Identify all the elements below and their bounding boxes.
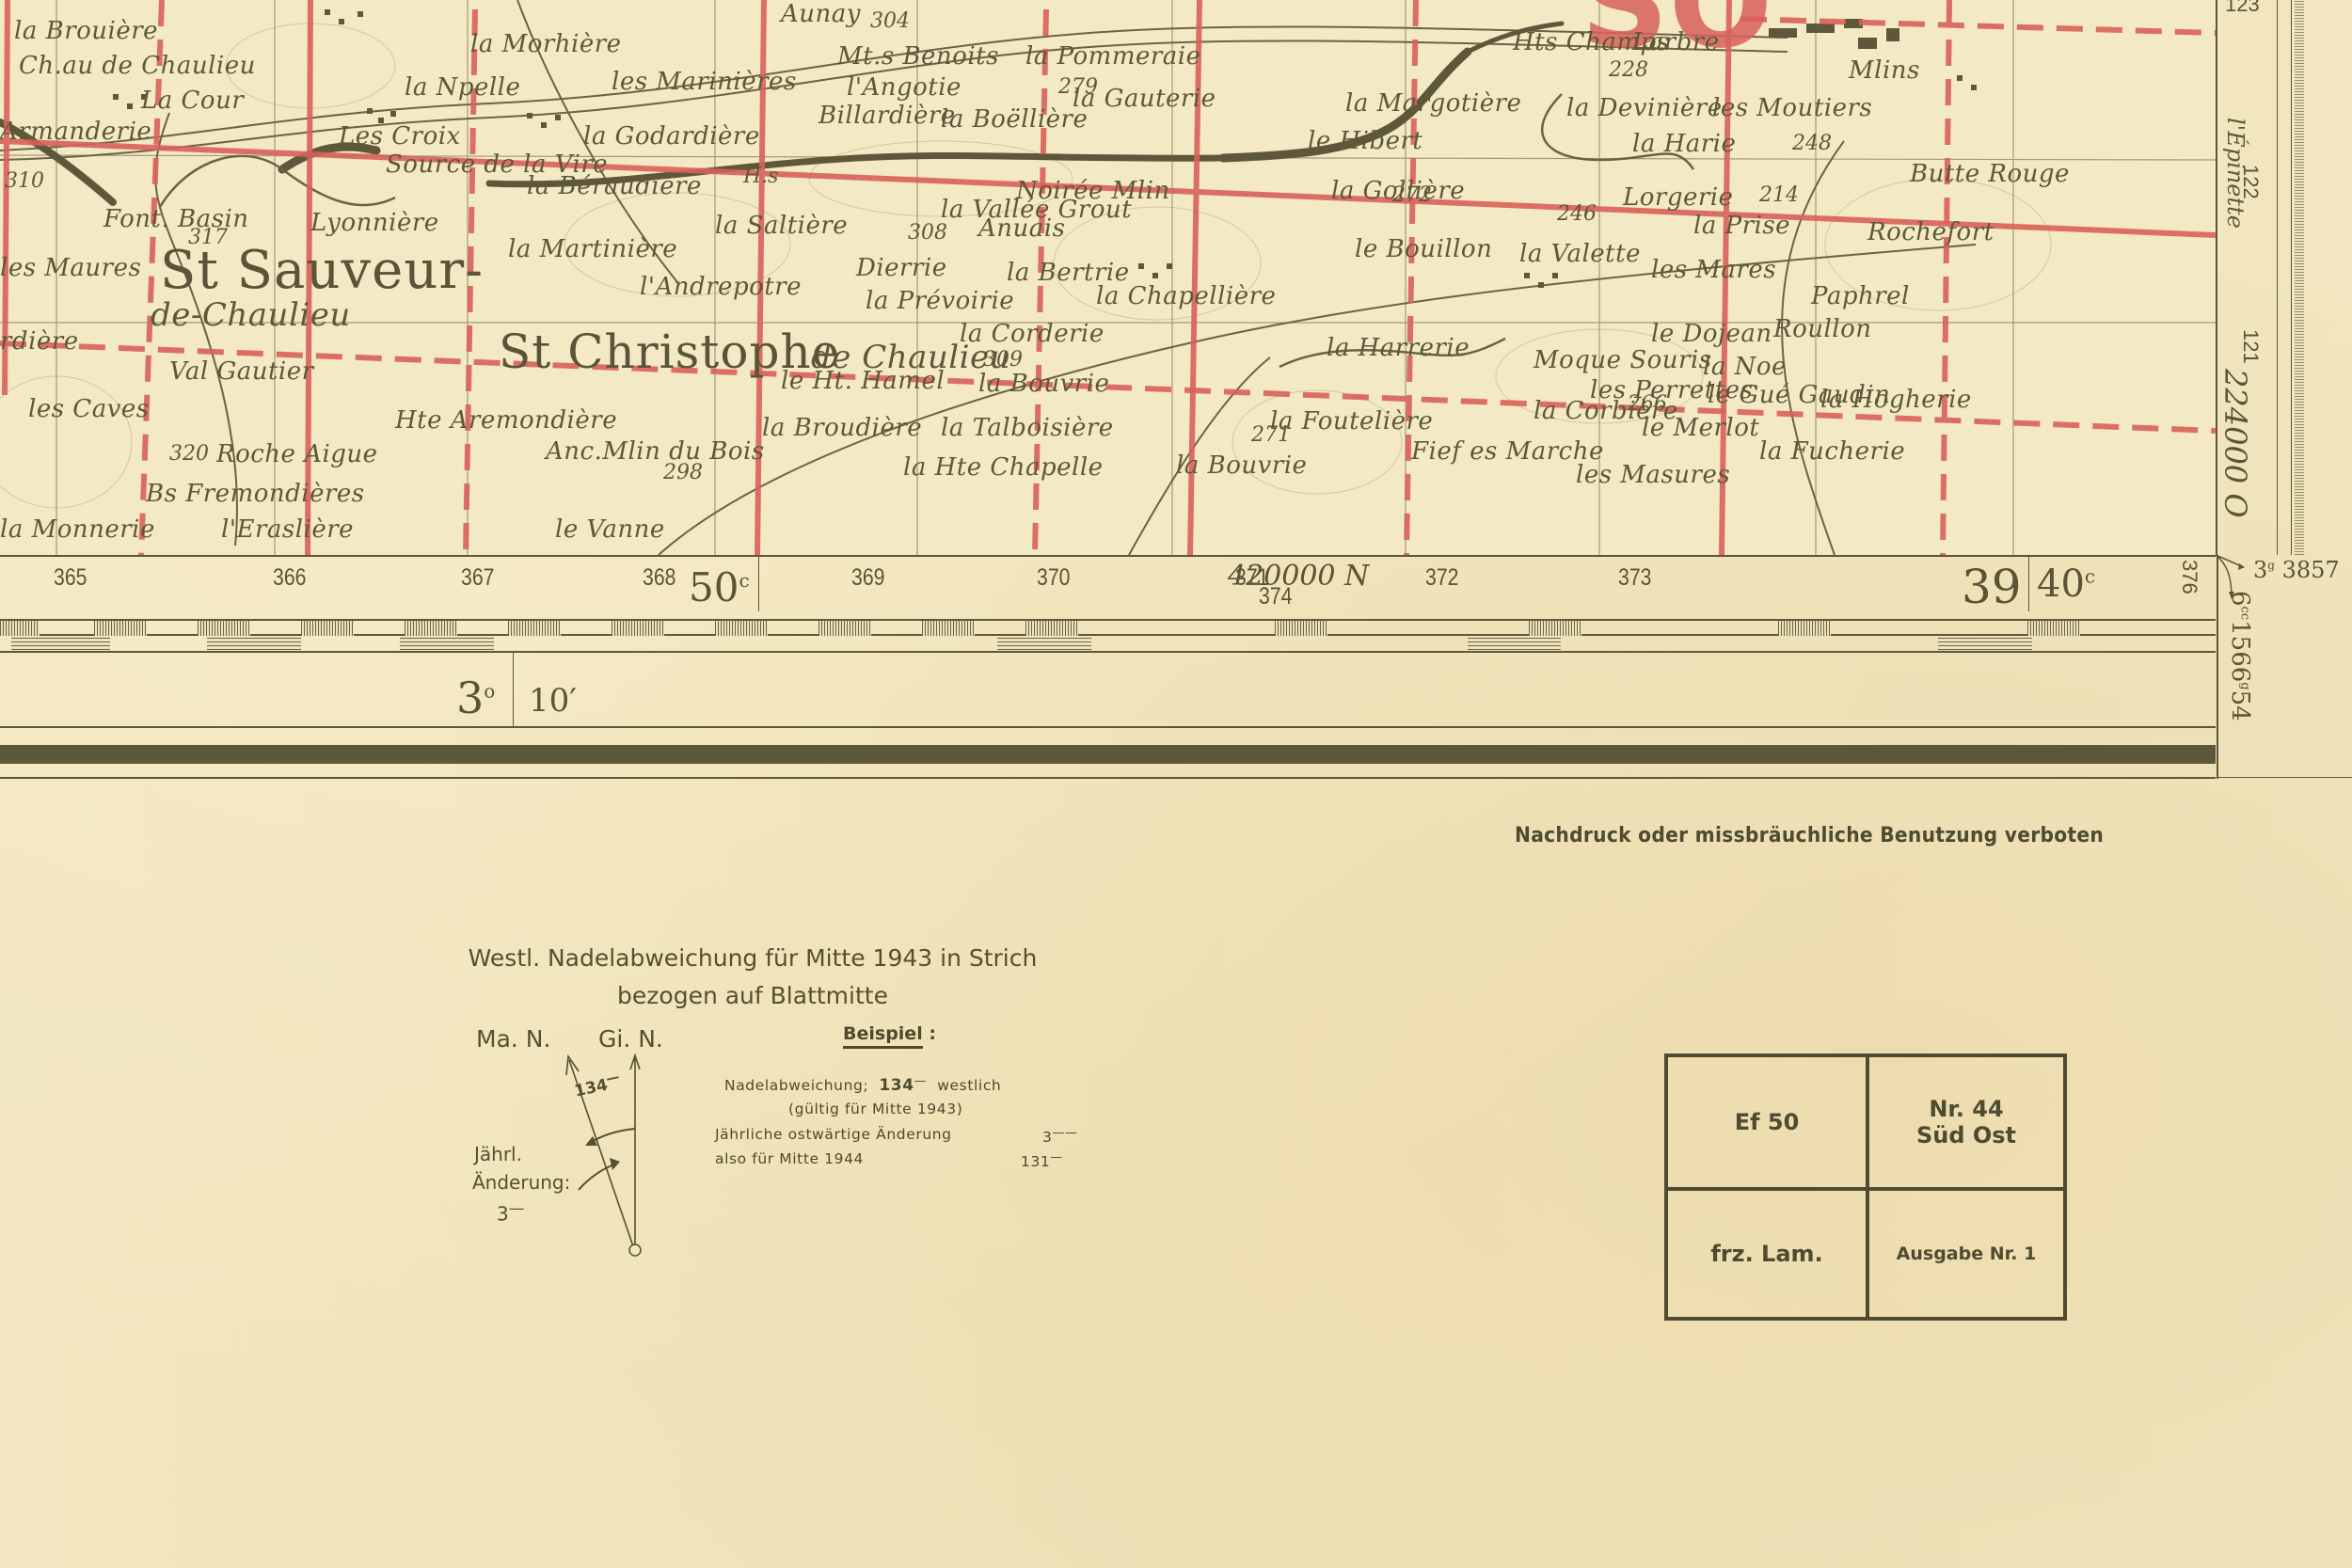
spot-height-label: 246 bbox=[1557, 202, 1597, 226]
place-name-label: la Talboisière bbox=[941, 414, 1114, 442]
place-name-label: le Dojean bbox=[1651, 320, 1772, 348]
place-name-label: Bs Fremondières bbox=[146, 480, 365, 508]
place-name-label: Lorgerie bbox=[1623, 183, 1734, 212]
place-name-label: la Béraudière bbox=[527, 172, 702, 200]
place-name-label: l'Andrepotre bbox=[640, 273, 802, 301]
place-name-label: la Morhière bbox=[470, 30, 622, 58]
sheet-quadrant: Süd Ost bbox=[1916, 1122, 2016, 1148]
place-name-label: la Broudière bbox=[762, 414, 922, 442]
place-name-label: le Vanne bbox=[555, 515, 665, 544]
scale-bar-upper bbox=[0, 621, 2216, 636]
place-name-label: la Boëllière bbox=[941, 105, 1088, 134]
place-name-label: la Harie bbox=[1632, 130, 1736, 158]
easting-label: 373 bbox=[1618, 564, 1651, 592]
example-line-2: (gültig für Mitte 1943) bbox=[788, 1101, 962, 1117]
place-name-label: la Fucherie bbox=[1759, 437, 1905, 466]
place-name-label: Ch.au de Chaulieu bbox=[19, 52, 256, 80]
corner-latitude-grad: 6cc1566g54 bbox=[2226, 591, 2254, 721]
place-name-label: Val Gautier bbox=[169, 357, 314, 386]
spot-height-label: 214 bbox=[1759, 183, 1799, 207]
corner-3-value: 3 bbox=[2253, 557, 2267, 583]
spot-height-label: 308 bbox=[908, 221, 947, 245]
place-name-label: Paphrel bbox=[1811, 282, 1910, 310]
place-name-label: rdière bbox=[0, 327, 79, 356]
frame-thick-border bbox=[0, 745, 2216, 764]
corner-3-decimal: 3857 bbox=[2282, 557, 2340, 583]
place-name-label: la Prévoirie bbox=[866, 287, 1014, 315]
place-name-label: la Bouvrie bbox=[978, 370, 1109, 398]
annual-change-number: 3 bbox=[497, 1203, 509, 1226]
spot-height-label: 271 bbox=[1251, 423, 1291, 447]
place-name-label: la Margotière bbox=[1345, 89, 1521, 118]
degree-3-value: 3 bbox=[456, 673, 484, 723]
place-name-label: le Merlot bbox=[1642, 414, 1759, 442]
easting-label: 370 bbox=[1037, 564, 1070, 592]
grad-label-39: 39 bbox=[1962, 560, 2022, 614]
grad-50-sup: c bbox=[739, 569, 749, 592]
place-name-label: la Prise bbox=[1693, 212, 1790, 240]
reprint-prohibited-notice: Nachdruck oder missbräuchliche Benutzung… bbox=[1515, 824, 2104, 847]
spot-height-label: 298 bbox=[663, 461, 703, 484]
spot-height-label: H.s bbox=[743, 165, 778, 188]
place-name-label: les Mares bbox=[1651, 256, 1776, 284]
place-name-label: La Cour bbox=[141, 87, 244, 115]
scale-bar-lower bbox=[0, 636, 2216, 650]
easting-label: 372 bbox=[1425, 564, 1458, 592]
place-name-label: le Hibert bbox=[1308, 127, 1422, 155]
grad-40-sup: c bbox=[2085, 565, 2095, 588]
example-heading-colon: : bbox=[929, 1023, 936, 1044]
place-name-label: l'Angotie bbox=[847, 73, 961, 102]
place-name-label: la Godardière bbox=[583, 122, 760, 150]
place-name-label: la Foutelière bbox=[1270, 407, 1433, 436]
place-name-label: la Hte Chapelle bbox=[903, 453, 1104, 482]
corner-longitude-grad: 3g 3857 bbox=[2253, 557, 2340, 583]
example-line-1: Nadelabweichung; 134— westlich bbox=[724, 1074, 1001, 1095]
town-name-de-chaulieu: de-Chaulieu bbox=[151, 296, 351, 334]
northing-label-121: 121 bbox=[2238, 329, 2263, 364]
place-name-label: Dierrie bbox=[856, 254, 947, 282]
place-name-label: la Corderie bbox=[960, 320, 1104, 348]
sheet-number: Nr. 44 bbox=[1929, 1096, 2003, 1122]
place-name-label: Anuais bbox=[978, 214, 1065, 243]
example-heading-text: Beispiel bbox=[843, 1023, 923, 1049]
example-line-4-label: also für Mitte 1944 bbox=[715, 1150, 864, 1167]
grad-40-value: 40 bbox=[2037, 562, 2085, 606]
degree-tick-3-10 bbox=[513, 651, 514, 726]
place-name-label: Roullon bbox=[1773, 315, 1872, 343]
easting-label: 369 bbox=[851, 564, 884, 592]
annual-change-label-1: Jährl. bbox=[474, 1143, 522, 1165]
spot-height-label: 272 bbox=[1392, 183, 1432, 207]
example-line1-value: 134 bbox=[879, 1076, 914, 1095]
spot-height-label: 317 bbox=[188, 226, 228, 249]
lambert-coordinate-north: 420000 N bbox=[1228, 560, 1369, 593]
grad-label-40: 40c bbox=[2037, 562, 2095, 606]
easting-label: 367 bbox=[461, 564, 494, 592]
sheet-identification-box: Ef 50 Nr. 44 Süd Ost frz. Lam. Ausgabe N… bbox=[1664, 1053, 2067, 1321]
annual-change-label-2: Änderung: bbox=[472, 1171, 570, 1194]
spot-height-label: 266 bbox=[1628, 392, 1667, 416]
spot-height-label: 248 bbox=[1792, 132, 1832, 155]
place-name-label: les Maures bbox=[0, 254, 141, 282]
place-name-label: la Valette bbox=[1519, 240, 1641, 268]
example-line-4-value: 131— bbox=[1021, 1150, 1063, 1170]
spot-height-label: 310 bbox=[5, 169, 44, 193]
edition-cell: Ausgabe Nr. 1 bbox=[1869, 1191, 2063, 1317]
degree-3-sup: o bbox=[484, 680, 495, 703]
example-line1-label: Nadelabweichung; bbox=[724, 1077, 868, 1094]
place-name-label: Aunay bbox=[781, 0, 861, 28]
place-name-label: Roche Aigue bbox=[216, 440, 378, 468]
place-name-label: la Saltière bbox=[715, 212, 848, 240]
example-line-3-label: Jährliche ostwärtige Änderung bbox=[715, 1126, 952, 1143]
place-name-label: l'Eraslière bbox=[221, 515, 354, 544]
place-name-label: Larbre bbox=[1632, 28, 1720, 56]
place-name-label: Billardière bbox=[818, 102, 956, 130]
place-name-label: Mlins bbox=[1849, 56, 1920, 85]
example-line-3-value: 3—— bbox=[1042, 1126, 1077, 1146]
place-name-label: la Chapellière bbox=[1096, 282, 1276, 310]
northing-label-123: 123 bbox=[2225, 0, 2260, 17]
place-name-lepinette: l'Épinette bbox=[2222, 118, 2249, 229]
sheet-series-cell: Ef 50 bbox=[1668, 1057, 1866, 1187]
place-name-label: la Bouvrie bbox=[1176, 451, 1307, 480]
grad-tick-50 bbox=[758, 555, 759, 611]
annual-change-value: 3— bbox=[497, 1199, 524, 1226]
place-name-label: Hte Aremondière bbox=[395, 406, 617, 435]
spot-height-label: 309 bbox=[983, 348, 1023, 372]
place-name-label: la Hogherie bbox=[1820, 386, 1972, 414]
sheet-number-cell: Nr. 44 Süd Ost bbox=[1869, 1057, 2063, 1187]
place-name-label: la Martinière bbox=[508, 235, 677, 263]
example-heading: Beispiel : bbox=[843, 1023, 936, 1044]
easting-label-376: 376 bbox=[2177, 560, 2201, 594]
example-line1-suffix: westlich bbox=[937, 1077, 1001, 1094]
degree-label-3: 3o bbox=[456, 673, 495, 723]
place-name-label: Anc.Mlin du Bois bbox=[546, 437, 765, 466]
lambert-coordinate-west: 224000 O bbox=[2217, 369, 2253, 518]
topographic-map-area: SO St Sauveur- de-Chaulieu St Christophe… bbox=[0, 0, 2216, 557]
corner-54-cc: cc bbox=[2238, 607, 2252, 621]
spot-height-label: 228 bbox=[1609, 58, 1648, 82]
minute-label-10: 10′ bbox=[529, 682, 577, 720]
place-name-label: les Marinières bbox=[612, 68, 797, 96]
declination-title-line1: Westl. Nadelabweichung für Mitte 1943 in… bbox=[395, 941, 1110, 976]
easting-label: 366 bbox=[273, 564, 306, 592]
place-name-label: la Brouière bbox=[14, 17, 158, 45]
grad-50-value: 50 bbox=[689, 564, 739, 610]
place-name-label: la Monnerie bbox=[0, 515, 155, 544]
place-name-label: Mt.s Benoits bbox=[837, 42, 999, 71]
example-line3-number: 3 bbox=[1042, 1129, 1052, 1146]
place-name-label: Armanderie bbox=[0, 118, 151, 146]
place-name-label: Butte Rouge bbox=[1910, 160, 2070, 188]
corner-54-value: 54 bbox=[2226, 690, 2254, 721]
place-name-label: Moque Souris bbox=[1534, 346, 1712, 374]
projection-cell: frz. Lam. bbox=[1668, 1191, 1866, 1317]
easting-label: 365 bbox=[54, 564, 87, 592]
place-name-label: la Pommeraie bbox=[1025, 42, 1201, 71]
place-name-label: Les Croix bbox=[339, 122, 461, 150]
declination-title-line2: bezogen auf Blattmitte bbox=[395, 978, 1110, 1014]
place-name-label: le Bouillon bbox=[1355, 235, 1492, 263]
spot-height-label: 304 bbox=[870, 9, 910, 33]
corner-54-sup: g bbox=[2238, 682, 2252, 689]
place-name-label: la Npelle bbox=[405, 73, 520, 102]
spot-height-label: 320 bbox=[169, 442, 209, 466]
place-name-label: Lyonnière bbox=[310, 209, 439, 237]
example-line4-number: 131 bbox=[1021, 1153, 1050, 1170]
place-name-label: la Harrerie bbox=[1327, 334, 1470, 362]
grad-39-value: 39 bbox=[1962, 560, 2022, 614]
grad-label-50: 50c bbox=[689, 564, 750, 610]
grad-tick-40 bbox=[2028, 555, 2029, 611]
place-name-label: les Moutiers bbox=[1712, 94, 1872, 122]
corner-54-decimal: 1566 bbox=[2226, 620, 2254, 682]
place-name-label: Rochefort bbox=[1867, 218, 1994, 246]
place-name-label: la Devinière bbox=[1566, 94, 1723, 122]
place-name-label: les Caves bbox=[28, 395, 150, 423]
corner-3-sup: g bbox=[2267, 559, 2275, 572]
place-name-label: le Ht. Hamel bbox=[781, 367, 945, 395]
place-name-label: les Masures bbox=[1576, 461, 1730, 489]
easting-label: 368 bbox=[643, 564, 675, 592]
spot-height-label: 279 bbox=[1058, 75, 1098, 99]
